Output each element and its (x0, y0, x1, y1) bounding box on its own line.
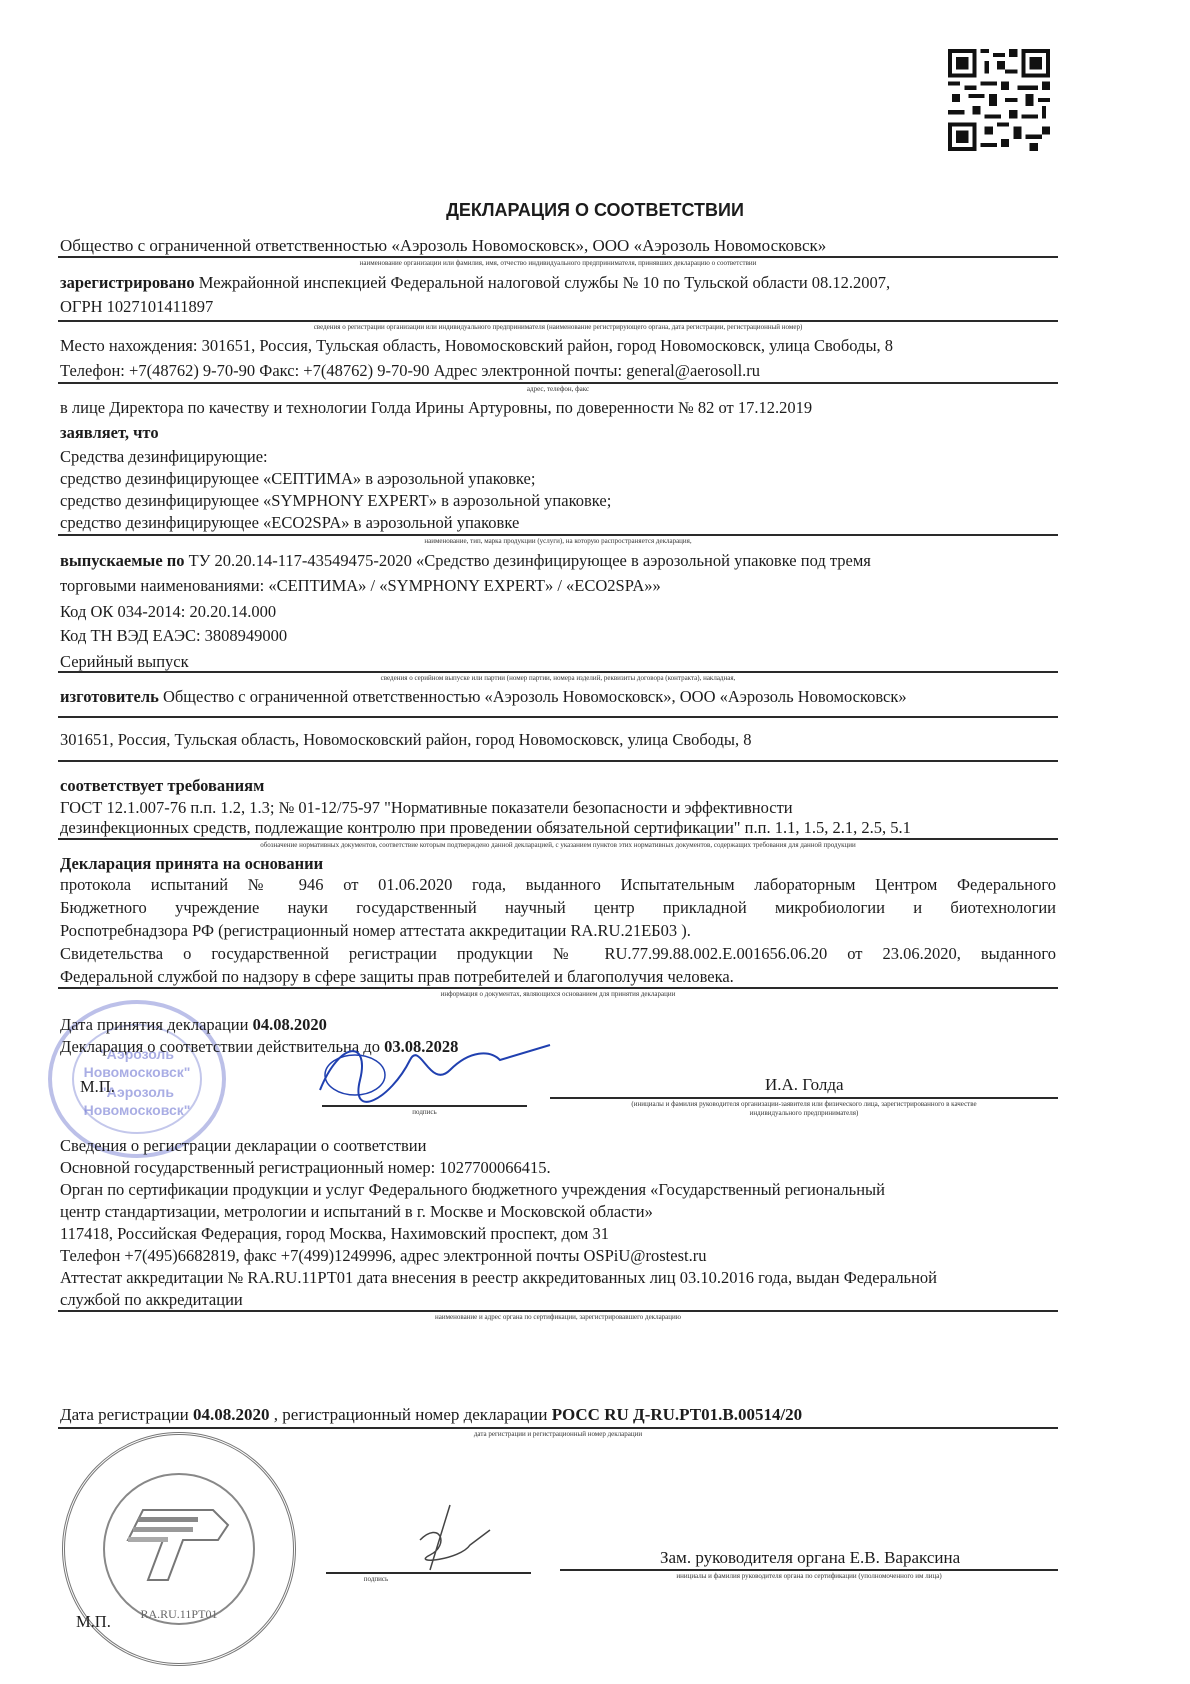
qr-code-icon (948, 48, 1050, 152)
reg-number-label: , регистрационный номер декларации (274, 1405, 548, 1424)
divider (58, 987, 1058, 989)
ogrn: ОГРН 1027101411897 (60, 297, 213, 317)
signatory-line (550, 1097, 1058, 1099)
divider (58, 256, 1058, 258)
signatory-line (560, 1569, 1058, 1571)
registration-line: зарегистрировано Межрайонной инспекцией … (60, 273, 890, 293)
produced-spec: ТУ 20.20.14-117-43549475-2020 «Средство … (189, 551, 871, 570)
manufacturer-line: изготовитель Общество с ограниченной отв… (60, 687, 907, 707)
divider (58, 534, 1058, 536)
reg-info-line: Сведения о регистрации декларации о соот… (60, 1136, 426, 1156)
product-line: средство дезинфицирующее «ECO2SPA» в аэр… (60, 513, 519, 533)
signature-caption: подпись (322, 1108, 527, 1117)
stamp-text: Новомосковск" (52, 1064, 222, 1080)
declares-label: заявляет, что (60, 423, 159, 443)
manufacturer-name: Общество с ограниченной ответственностью… (163, 687, 907, 706)
divider (58, 671, 1058, 673)
manufacturer-label: изготовитель (60, 687, 159, 706)
reg-info-line: службой по аккредитации (60, 1290, 243, 1310)
compliance-label: соответствует требованиям (60, 776, 264, 796)
products-caption: наименование, тип, марка продукции (услу… (58, 537, 1058, 546)
signatory-caption: (инициалы и фамилия руководителя организ… (550, 1100, 1058, 1109)
signature-line (322, 1105, 527, 1107)
signatory-caption: индивидуального предпринимателя) (550, 1109, 1058, 1118)
divider (58, 716, 1058, 718)
basis-line: протокола испытаний № 946 от 01.06.2020 … (60, 875, 1056, 895)
product-line: средство дезинфицирующее «СЕПТИМА» в аэр… (60, 469, 535, 489)
divider (58, 1310, 1058, 1312)
applicant-name: Общество с ограниченной ответственностью… (60, 236, 826, 256)
reg-info-caption: наименование и адрес органа по сертифика… (58, 1313, 1058, 1322)
address: Место нахождения: 301651, Россия, Тульск… (60, 336, 893, 356)
representative: в лице Директора по качеству и технологи… (60, 398, 812, 418)
divider (58, 382, 1058, 384)
stamp-text: "Аэрозоль (52, 1084, 222, 1100)
divider (58, 838, 1058, 840)
reg-info-line: центр стандартизации, метрологии и испыт… (60, 1202, 653, 1222)
accepted-date-line: Дата принятия декларации 04.08.2020 (60, 1015, 327, 1035)
signatory-caption: инициалы и фамилия руководителя органа п… (560, 1572, 1058, 1581)
basis-line: Свидетельства о государственной регистра… (60, 944, 1056, 964)
produced-line: выпускаемые по ТУ 20.20.14-117-43549475-… (60, 551, 871, 571)
basis-caption: информация о документах, являющихся осно… (58, 990, 1058, 999)
compliance-caption: обозначение нормативных документов, соот… (58, 841, 1058, 850)
manufacturer-address: 301651, Россия, Тульская область, Новомо… (60, 730, 751, 750)
applicant-caption: наименование организации или фамилия, им… (58, 259, 1058, 268)
signatory-name: Зам. руководителя органа Е.В. Вараксина (660, 1548, 960, 1568)
produced-label: выпускаемые по (60, 551, 185, 570)
registration-text: Межрайонной инспекцией Федеральной налог… (199, 273, 890, 292)
reg-info-line: Телефон +7(495)6682819, факс +7(499)1249… (60, 1246, 706, 1266)
divider (58, 320, 1058, 322)
tn-ved-code: Код ТН ВЭД ЕАЭС: 3808949000 (60, 626, 287, 646)
reg-info-line: Основной государственный регистрационный… (60, 1158, 551, 1178)
page-title: ДЕКЛАРАЦИЯ О СООТВЕТСТВИИ (0, 200, 1190, 221)
registration-label: зарегистрировано (60, 273, 195, 292)
reg-date-label: Дата регистрации (60, 1405, 189, 1424)
basis-line: Бюджетного учреждение науки государствен… (60, 898, 1056, 918)
reg-footer-line: Дата регистрации 04.08.2020 , регистраци… (60, 1405, 802, 1425)
signature-icon (390, 1500, 500, 1580)
product-line: Средства дезинфицирующие: (60, 447, 268, 467)
signature-icon (300, 1030, 560, 1110)
mp-label: М.П. (76, 1612, 111, 1632)
basis-line: Роспотребнадзора РФ (регистрационный ном… (60, 921, 691, 941)
compliance-line: ГОСТ 12.1.007-76 п.п. 1.2, 1.3; № 01-12/… (60, 798, 793, 818)
rostest-logo-icon (123, 1505, 233, 1585)
reg-info-line: 117418, Российская Федерация, город Моск… (60, 1224, 609, 1244)
reg-info-line: Орган по сертификации продукции и услуг … (60, 1180, 885, 1200)
signatory-name: И.А. Голда (765, 1075, 844, 1095)
reg-info-line: Аттестат аккредитации № RA.RU.11РТ01 дат… (60, 1268, 937, 1288)
phone-email: Телефон: +7(48762) 9-70-90 Факс: +7(4876… (60, 361, 760, 381)
signature-line (326, 1572, 531, 1574)
product-line: средство дезинфицирующее «SYMPHONY EXPER… (60, 491, 611, 511)
compliance-line: дезинфекционных средств, подлежащие конт… (60, 818, 911, 838)
contacts-caption: адрес, телефон, факс (58, 385, 1058, 394)
serial-production: Серийный выпуск (60, 652, 189, 672)
produced-trade-names: торговыми наименованиями: «СЕПТИМА» / «S… (60, 576, 661, 596)
reg-date: 04.08.2020 (193, 1405, 270, 1424)
mp-label: М.П. (80, 1077, 115, 1097)
ok-code: Код ОК 034-2014: 20.20.14.000 (60, 602, 276, 622)
basis-label: Декларация принята на основании (60, 854, 323, 874)
stamp-text: Новомосковск" (52, 1102, 222, 1118)
serial-caption: сведения о серийном выпуске или партии (… (58, 674, 1058, 683)
divider (58, 760, 1058, 762)
signature-caption: подпись (326, 1575, 426, 1584)
reg-number: РОСС RU Д-RU.РТ01.В.00514/20 (552, 1405, 802, 1424)
registration-caption: сведения о регистрации организации или и… (58, 323, 1058, 332)
accepted-date-label: Дата принятия декларации (60, 1015, 248, 1034)
divider (58, 1427, 1058, 1429)
basis-line: Федеральной службой по надзору в сфере з… (60, 967, 734, 987)
